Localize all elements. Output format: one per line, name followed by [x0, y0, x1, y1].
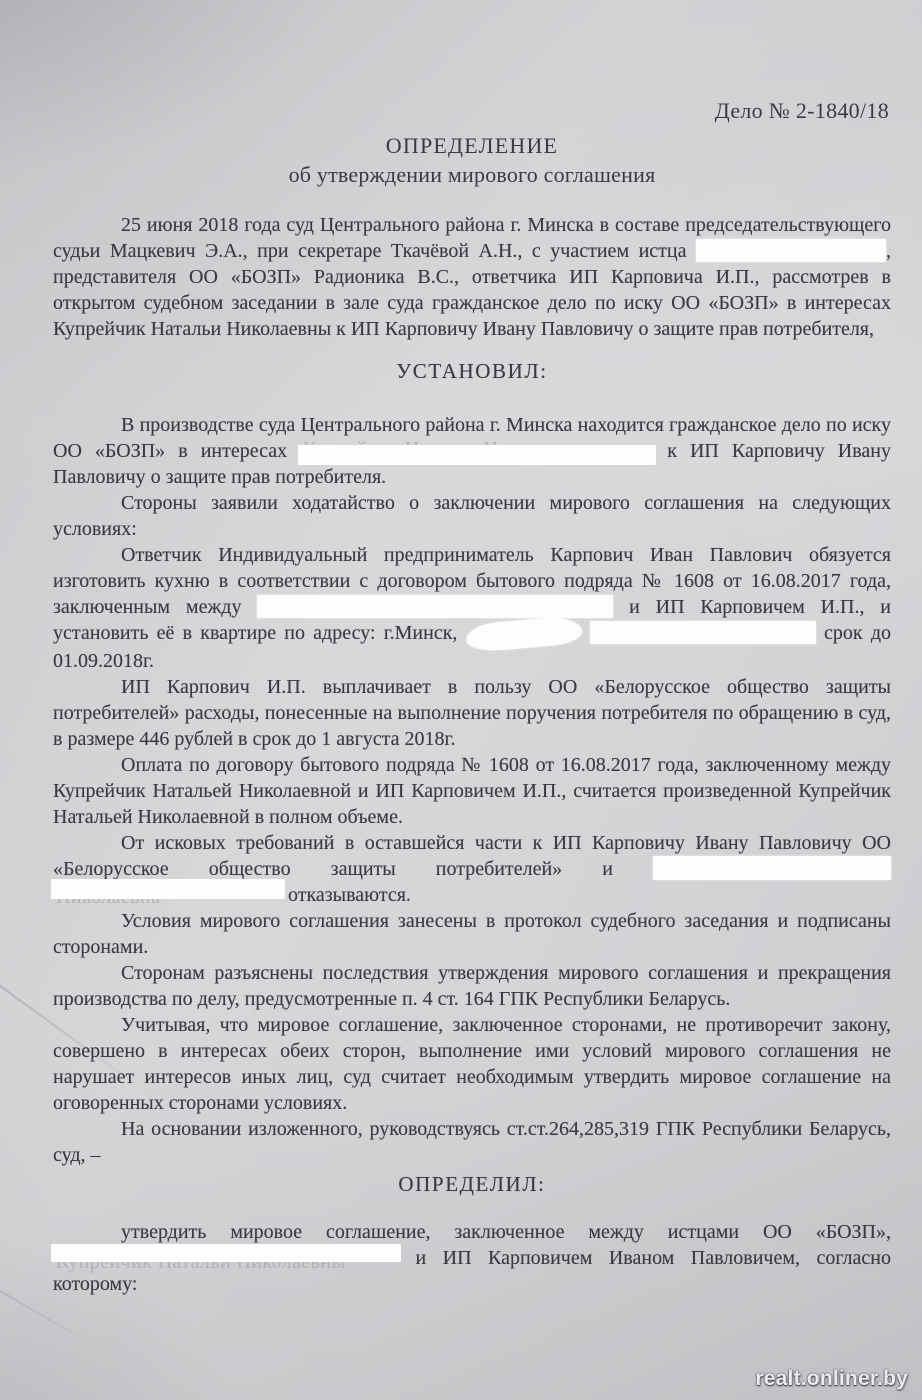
para-motion: Стороны заявили ходатайство о заключении…	[53, 490, 891, 542]
para-condition-kitchen: Ответчик Индивидуальный предприниматель …	[53, 542, 891, 674]
para-intro: 25 июня 2018 года суд Центрального район…	[53, 212, 891, 342]
document-page: Дело № 2-1840/18 ОПРЕДЕЛЕНИЕ об утвержде…	[53, 98, 891, 1297]
redaction-box: Николаевна	[53, 882, 283, 906]
section-opredelil: ОПРЕДЕЛИЛ:	[53, 1171, 891, 1197]
para-court-opinion: Учитывая, что мировое соглашение, заключ…	[53, 1012, 891, 1116]
para-ruling: утвердить мировое соглашение, заключенно…	[53, 1219, 891, 1297]
redaction-box	[257, 595, 613, 618]
document-photo: Дело № 2-1840/18 ОПРЕДЕЛЕНИЕ об утвержде…	[0, 0, 922, 1400]
para-proceeding: В производстве суда Центрального района …	[53, 412, 891, 490]
redaction-box: Купрейчик Натальи Николаевны	[300, 438, 654, 462]
para-condition-contract-paid: Оплата по договору бытового подряда № 16…	[53, 752, 891, 830]
para-legal-basis: На основании изложенного, руководствуясь…	[53, 1116, 891, 1168]
para-condition-payment-bozp: ИП Карпович И.П. выплачивает в пользу ОО…	[53, 674, 891, 752]
redaction-box: Купрейчик Натальи Николаевны	[53, 1247, 399, 1269]
document-body: 25 июня 2018 года суд Центрального район…	[53, 212, 891, 1297]
redaction-box	[590, 621, 816, 644]
para-consequences: Сторонам разъяснены последствия утвержде…	[53, 960, 891, 1012]
para-protocol: Условия мирового соглашения занесены в п…	[53, 908, 891, 960]
redaction-box	[653, 856, 891, 880]
para-condition-waiver: От исковых требований в оставшейся части…	[53, 830, 891, 908]
document-title: ОПРЕДЕЛЕНИЕ	[53, 133, 891, 159]
redaction-box	[465, 615, 583, 653]
redaction-box	[696, 239, 886, 262]
section-ustanovil: УСТАНОВИЛ:	[53, 358, 891, 384]
case-number: Дело № 2-1840/18	[53, 98, 891, 124]
document-subtitle: об утверждении мирового соглашения	[53, 162, 891, 188]
watermark: realt.onliner.by	[755, 1367, 908, 1391]
